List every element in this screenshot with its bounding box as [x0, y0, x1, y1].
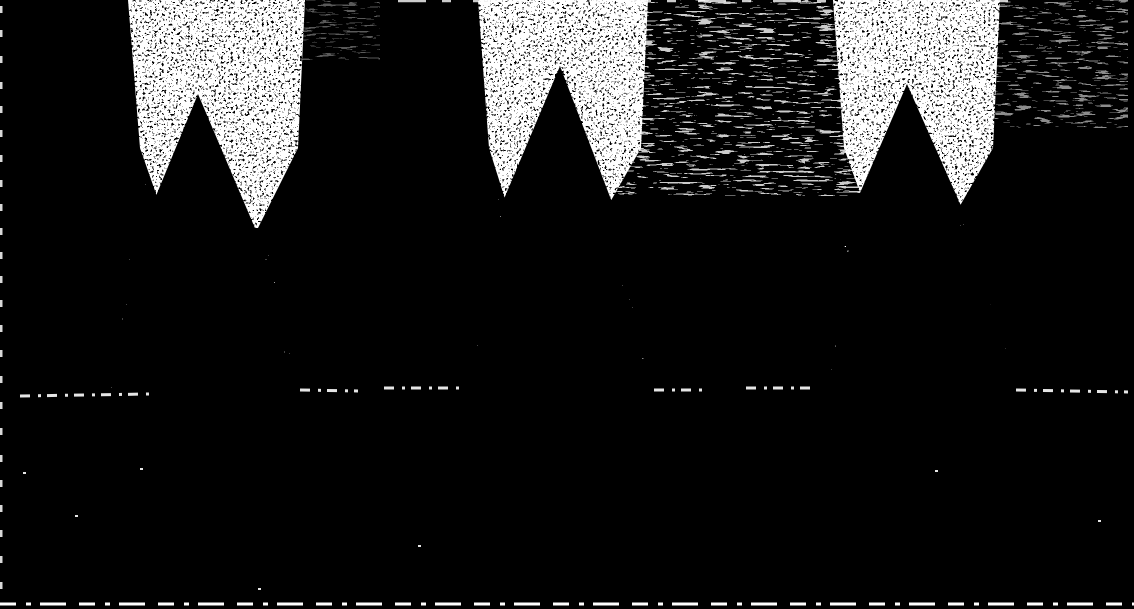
left-edge-tick — [0, 155, 3, 162]
micrograph-figure — [0, 0, 1134, 609]
left-edge-tick — [0, 428, 3, 435]
left-edge-tick — [0, 204, 3, 211]
floor-speck — [418, 545, 421, 547]
left-edge-tick — [0, 556, 3, 563]
floor-speck — [23, 472, 26, 474]
floor-speck — [75, 515, 78, 517]
left-edge-tick — [0, 402, 3, 409]
floor-speck — [935, 470, 938, 472]
left-edge-tick — [0, 455, 3, 462]
left-edge-tick — [0, 376, 3, 383]
left-edge-tick — [0, 505, 3, 512]
left-edge-tick — [0, 30, 3, 37]
left-edge-tick — [0, 276, 3, 283]
floor-speck — [140, 468, 143, 470]
micrograph-svg — [0, 0, 1134, 609]
left-edge-tick — [0, 56, 3, 63]
left-edge-tick — [0, 480, 3, 487]
floor-speck — [258, 588, 261, 590]
left-edge-tick — [0, 582, 3, 589]
left-edge-tick — [0, 350, 3, 357]
left-edge-tick — [0, 82, 3, 89]
left-edge-tick — [0, 180, 3, 187]
left-edge-tick — [0, 106, 3, 113]
left-edge-tick — [0, 252, 3, 259]
left-edge-tick — [0, 530, 3, 537]
left-edge-tick — [0, 325, 3, 332]
speckle-noise-overlay — [0, 0, 1134, 405]
left-edge-tick — [0, 6, 3, 13]
left-edge-tick — [0, 300, 3, 307]
floor-speck — [1098, 520, 1101, 522]
left-edge-tick — [0, 228, 3, 235]
left-edge-tick — [0, 130, 3, 137]
